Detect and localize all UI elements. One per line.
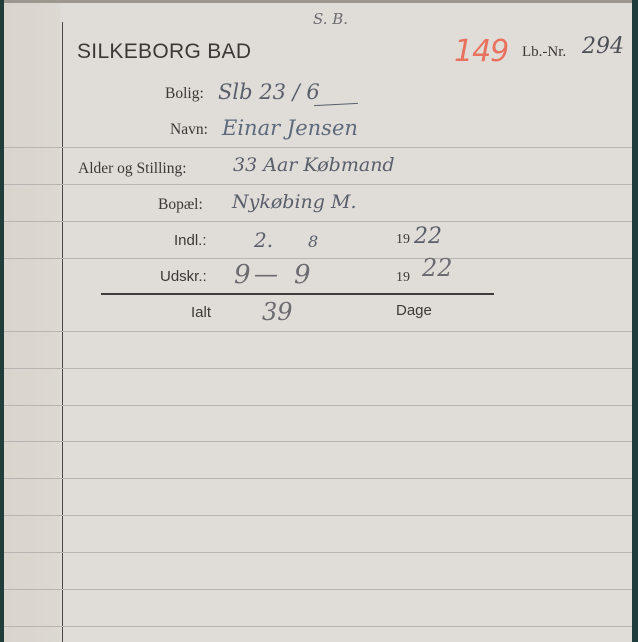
indl-year-suffix: 22 [414, 224, 442, 249]
ruled-line [4, 515, 632, 516]
corner-note: S. B. [313, 10, 348, 28]
indl-year-prefix: 19 [396, 232, 410, 248]
ruled-line [4, 331, 632, 332]
udskr-label: Udskr.: [160, 268, 207, 285]
ruled-line [4, 405, 632, 406]
ruled-line [4, 441, 632, 442]
indl-day: 2. [254, 228, 273, 252]
card-top-edge [4, 0, 632, 3]
ruled-line [4, 258, 632, 259]
udskr-dash: — [254, 260, 278, 288]
ruled-line [4, 147, 632, 148]
ruled-line [4, 221, 632, 222]
bolig-label: Bolig: [165, 85, 204, 103]
lb-nr-value: 294 [582, 34, 624, 59]
alder-stilling-value: 33 Aar Købmand [233, 154, 395, 176]
indl-label: Indl.: [174, 232, 207, 249]
ruled-line [4, 478, 632, 479]
ruled-line [4, 626, 632, 627]
bopael-label: Bopæl: [158, 196, 203, 214]
indl-month: 8 [308, 232, 318, 251]
udskr-year-suffix: 22 [422, 254, 453, 282]
ruled-line [4, 552, 632, 553]
ialt-unit: Dage [396, 302, 432, 319]
alder-stilling-label: Alder og Stilling: [78, 160, 187, 178]
navn-value: Einar Jensen [222, 116, 358, 140]
bolig-value: Slb 23 / 6 [218, 80, 320, 104]
total-separator-line [101, 293, 494, 295]
bopael-value: Nykøbing M. [232, 191, 356, 213]
navn-label: Navn: [170, 121, 208, 139]
udskr-year-prefix: 19 [396, 270, 410, 286]
ruled-line [4, 589, 632, 590]
ialt-label: Ialt [191, 304, 211, 321]
udskr-day: 9 [234, 260, 251, 290]
card-title: SILKEBORG BAD [77, 40, 251, 64]
udskr-month: 9 [294, 260, 311, 290]
bolig-underline [314, 103, 358, 107]
margin-line [62, 22, 63, 642]
ruled-line [4, 368, 632, 369]
lb-nr-label: Lb.-Nr. [522, 44, 566, 61]
ruled-line [4, 184, 632, 185]
ialt-value: 39 [262, 298, 293, 326]
registration-card: SILKEBORG BAD S. B. 149 Lb.-Nr. 294 Boli… [4, 0, 632, 642]
red-crayon-number: 149 [454, 34, 508, 69]
